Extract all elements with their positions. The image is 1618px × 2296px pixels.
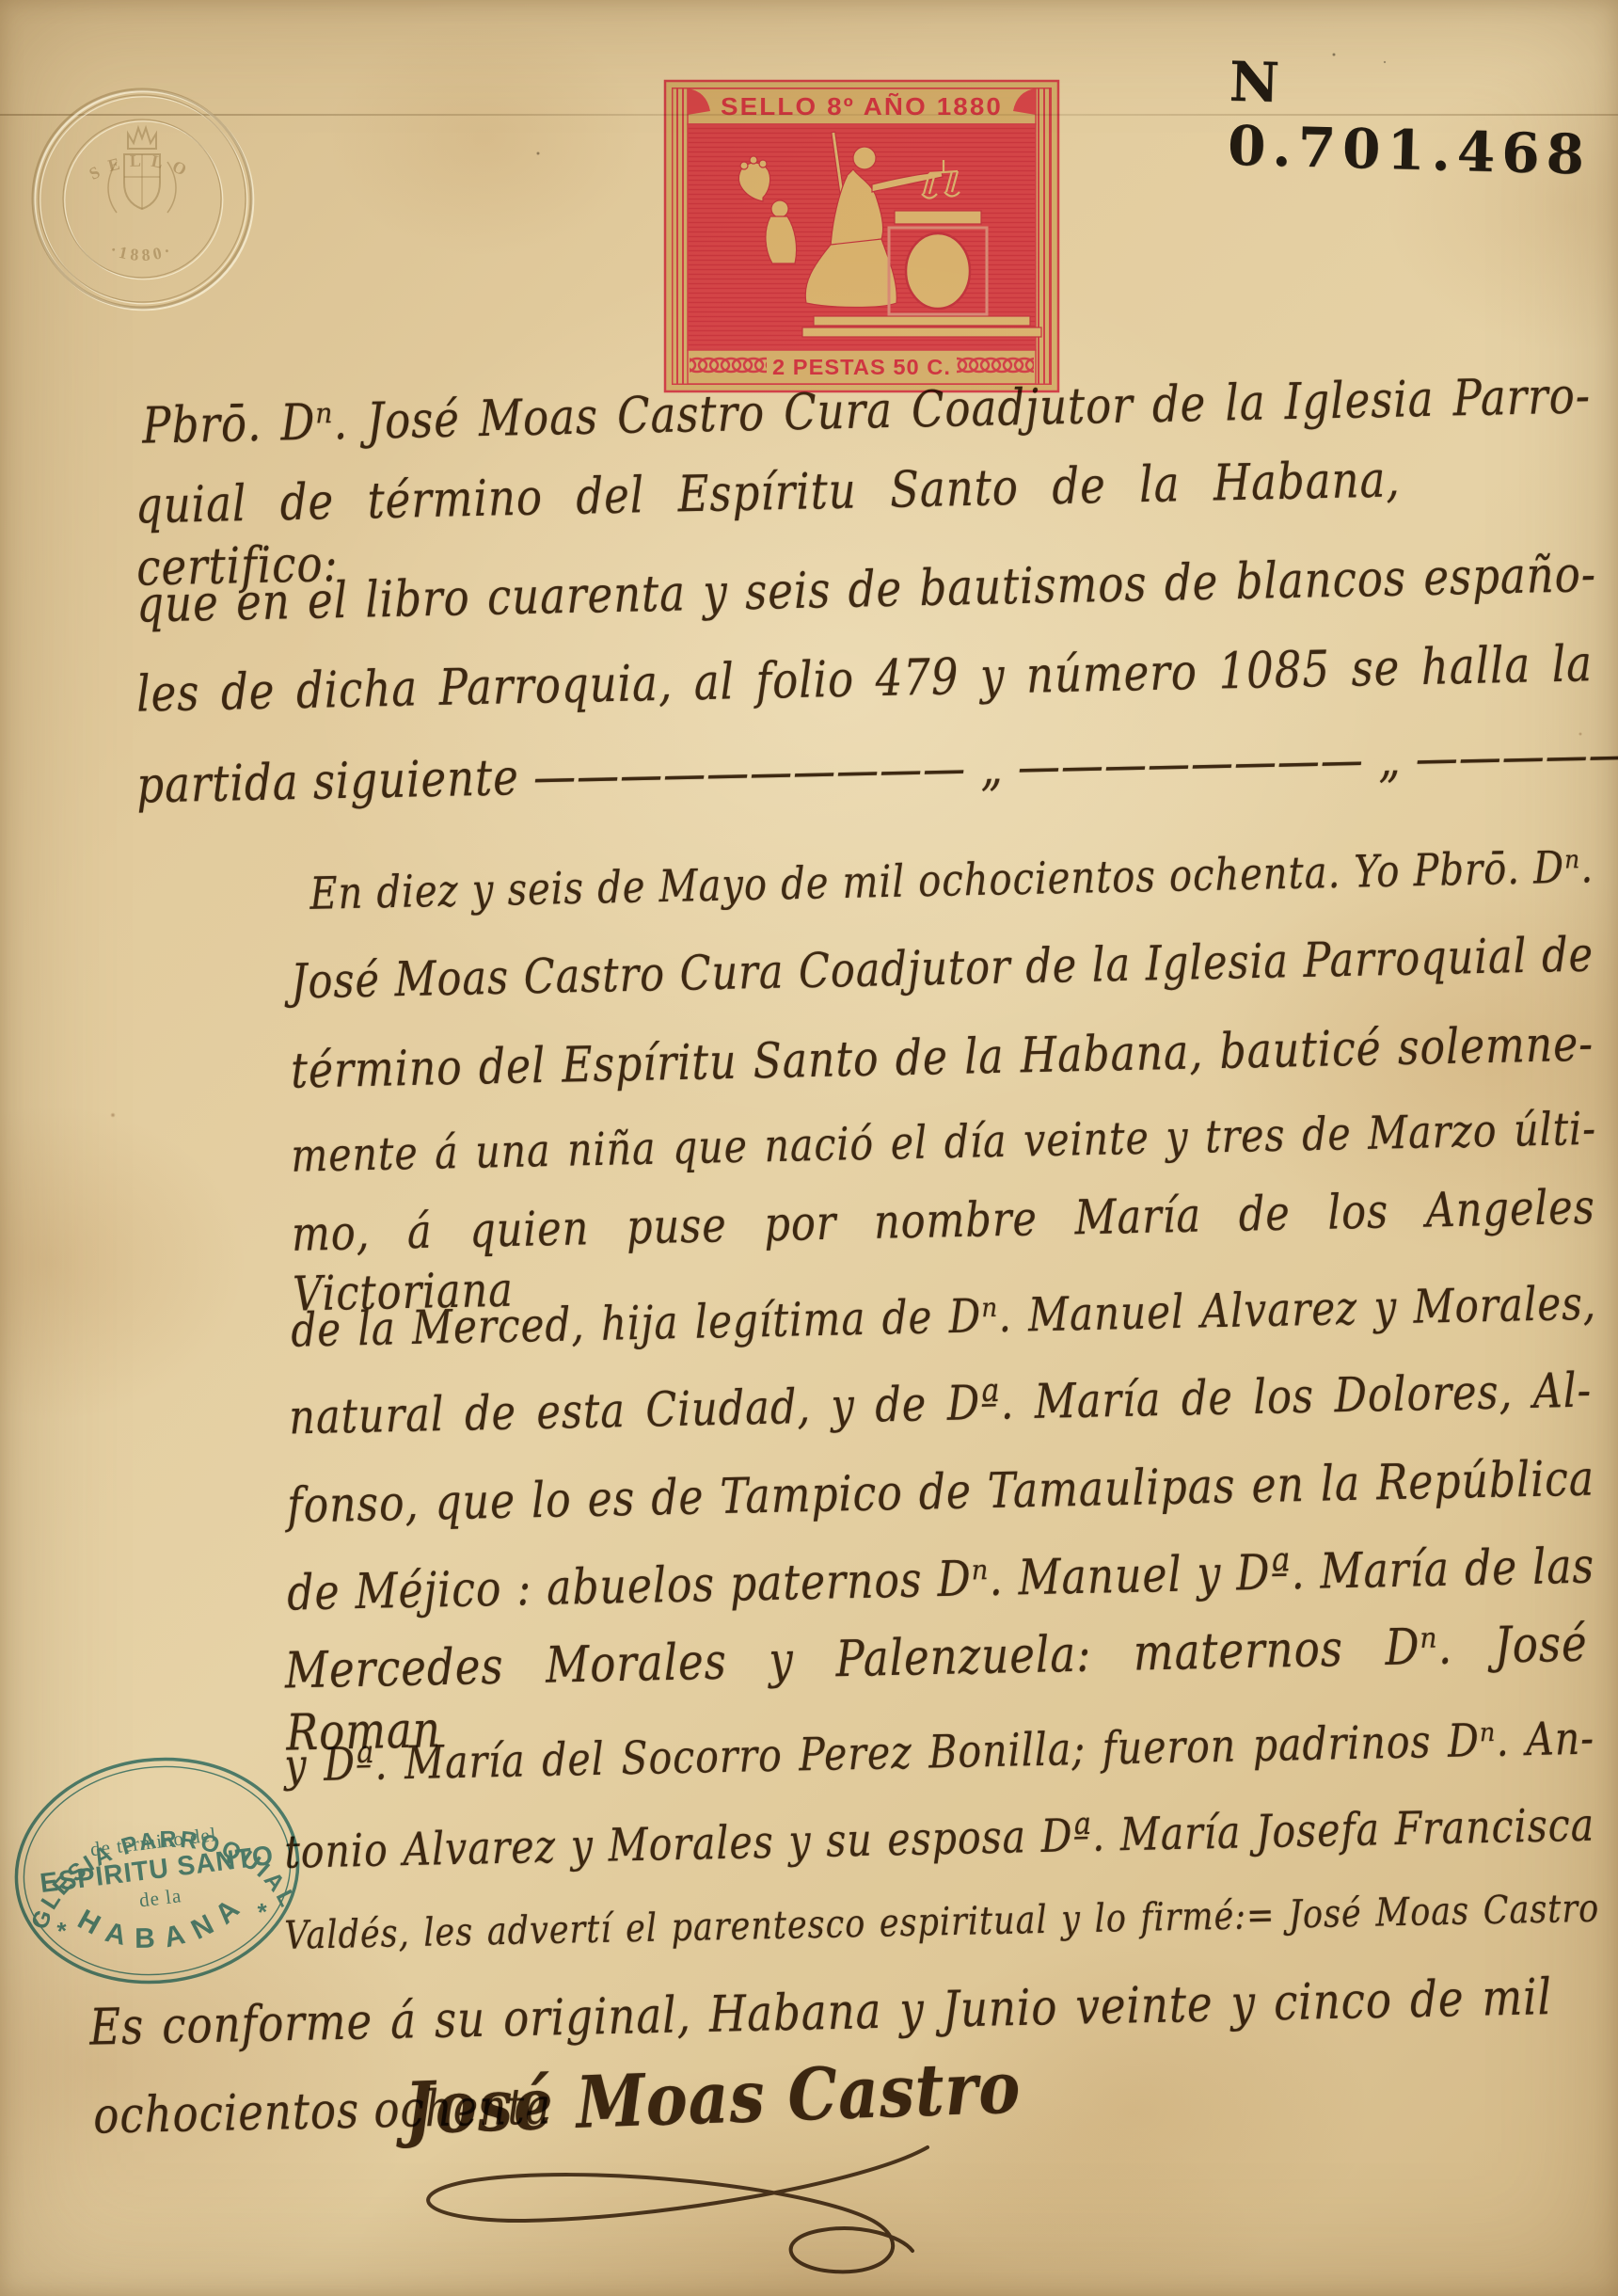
handwritten-line-5: partida siguiente —————————— „ ———————— … [136, 721, 1618, 818]
stamp-denomination-text: 2 PESTAS 50 C. [772, 355, 951, 379]
parish-stamp-star-left: * [56, 1916, 70, 1945]
braid-ornament [690, 352, 767, 382]
handwritten-line-9: mente á una niña que nació el día veinte… [291, 1101, 1597, 1186]
svg-text:·1880·: ·1880· [108, 240, 177, 264]
handwritten-line-14: de Méjico : abuelos paternos Dⁿ. Manuel … [287, 1536, 1595, 1624]
stamp-header-text: SELLO 8º AÑO 1880 [721, 92, 1003, 120]
handwritten-line-12: natural de esta Ciudad, y de Dª. María d… [289, 1362, 1593, 1448]
stamp-blank-oval [906, 233, 970, 309]
parish-ink-stamp: IGLESIA PARROQUIAL de término del ESPIRI… [6, 1733, 309, 2008]
parish-stamp-star-right: * [256, 1897, 270, 1926]
closing-line-1: Es conforme á su original, Habana y Juni… [89, 1966, 1553, 2059]
handwritten-line-17: tonio Alvarez y Morales y su esposa Dª. … [284, 1797, 1595, 1882]
document-page: SELLO ·1880· SELLO 8º A [0, 0, 1618, 2296]
signature-flourish [357, 2132, 941, 2290]
handwritten-line-6: En diez y seis de Mayo de mil ochociento… [309, 839, 1594, 922]
seal-year-text: ·1880· [108, 240, 177, 264]
handwritten-line-18: Valdés, les advertí el parentesco espiri… [284, 1886, 1600, 1962]
serial-number: N 0.701.468 [1227, 50, 1618, 188]
embossed-dry-seal: SELLO ·1880· [19, 75, 265, 322]
handwritten-line-7: José Moas Castro Cura Coadjutor de la Ig… [291, 926, 1594, 1012]
handwritten-line-8: término del Espíritu Santo de la Habana,… [291, 1013, 1594, 1102]
parish-stamp-line-3: de la [138, 1884, 183, 1911]
handwritten-line-13: fonso, que lo es de Tampico de Tamaulipa… [287, 1448, 1595, 1537]
seal-crown [128, 128, 156, 149]
revenue-stamp: SELLO 8º AÑO 1880 2 PESTAS 50 [663, 79, 1060, 393]
handwritten-line-4: les de dicha Parroquia, al folio 479 y n… [136, 632, 1594, 725]
